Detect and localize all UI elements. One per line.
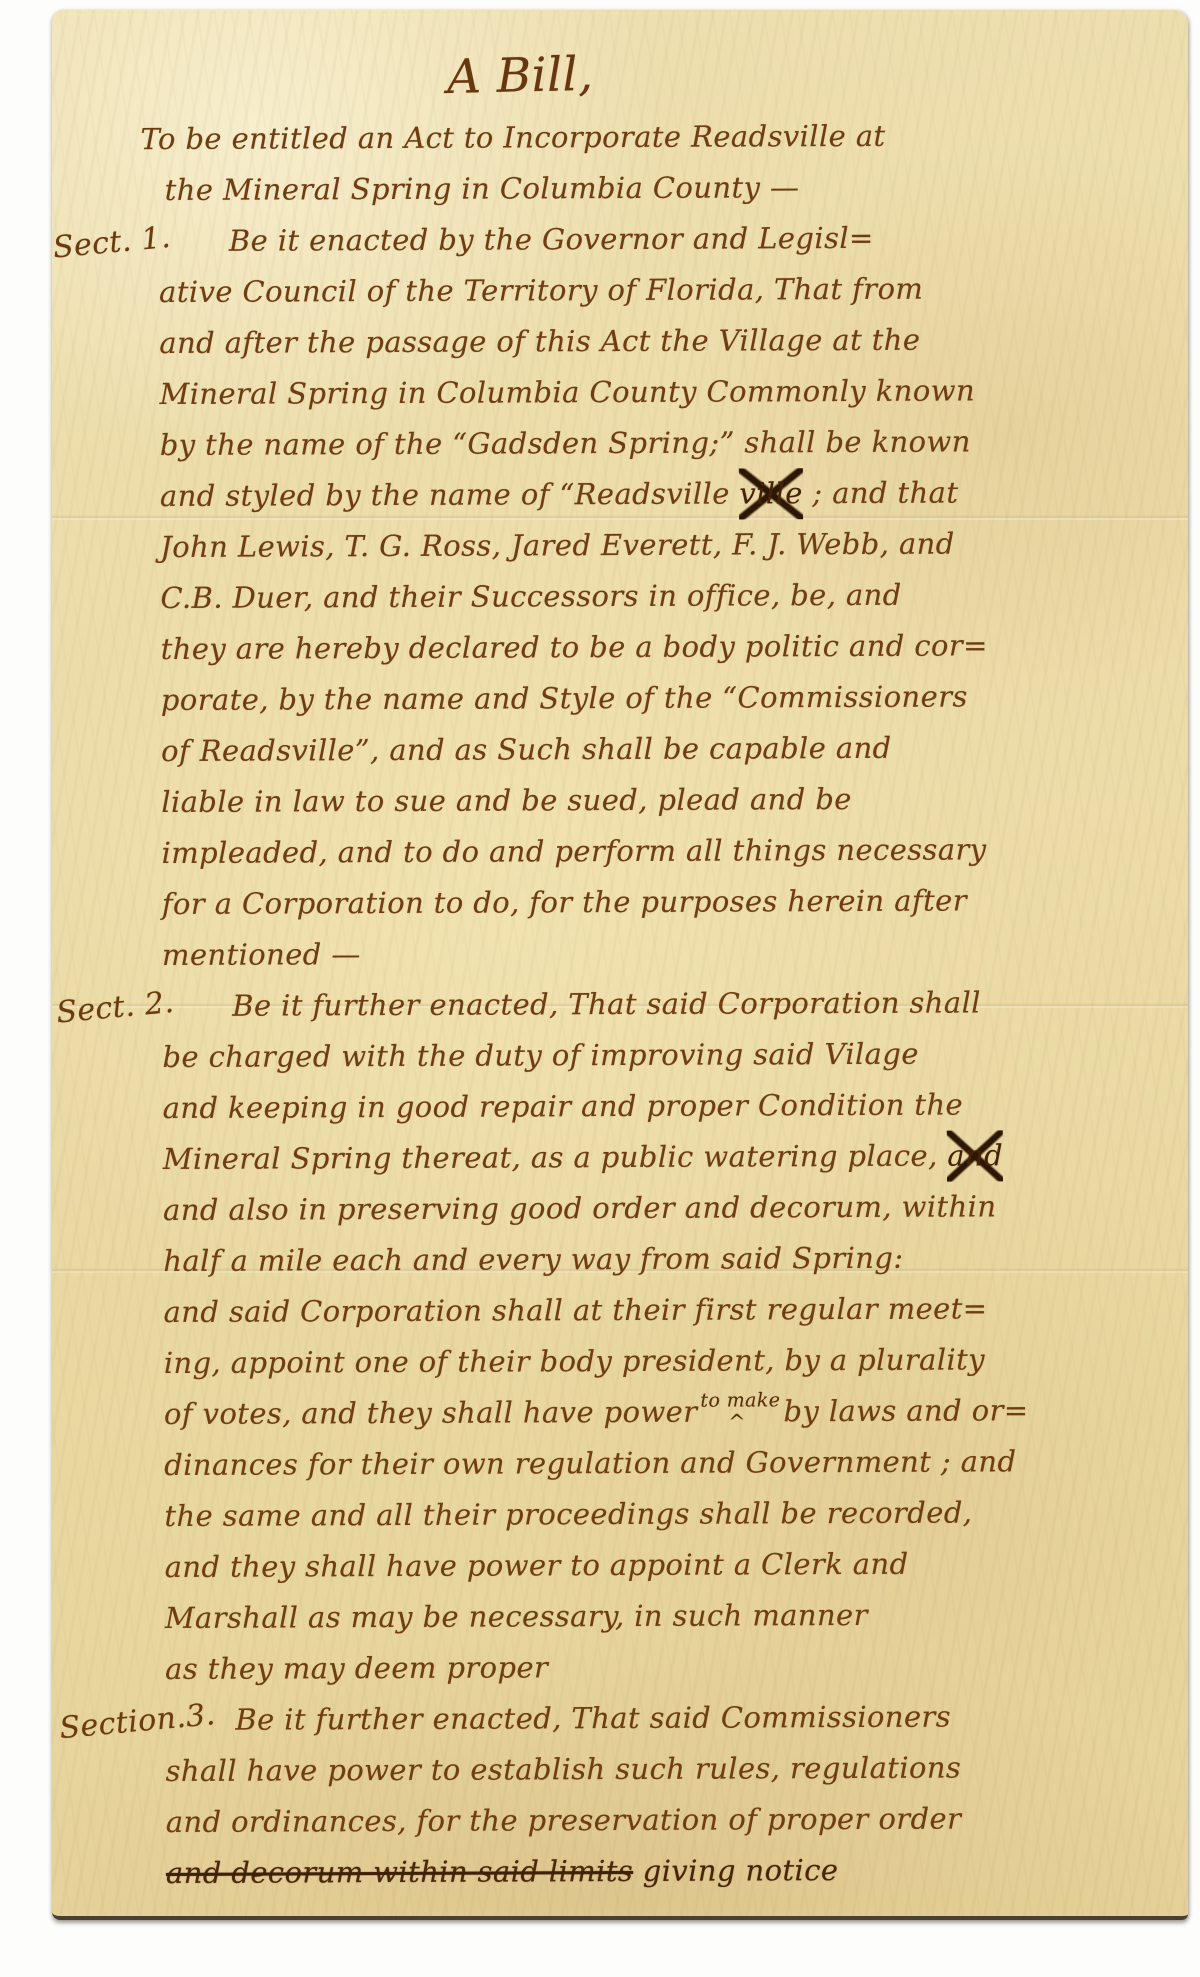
text-segment: and they shall have power to appoint a C… xyxy=(165,1547,909,1584)
text-line: of Readsville”, and as Such shall be cap… xyxy=(51,722,1187,778)
section-label: Sect. 2. xyxy=(54,977,176,1039)
text-segment: be charged with the duty of improving sa… xyxy=(162,1037,919,1074)
text-segment: the same and all their proceedings shall… xyxy=(164,1495,972,1533)
text-segment: and styled by the name of “Readsville xyxy=(160,476,740,513)
text-segment: porate, by the name and Style of the “Co… xyxy=(161,679,968,717)
text-segment: Mineral Spring thereat, as a public wate… xyxy=(163,1139,948,1176)
inserted-text: to make xyxy=(700,1391,780,1410)
text-segment: Be it further enacted, That said Commiss… xyxy=(235,1700,951,1737)
text-line: and they shall have power to appoint a C… xyxy=(55,1538,1191,1594)
text-segment: the Mineral Spring in Columbia County — xyxy=(165,170,800,207)
text-segment: by the name of the “Gadsden Spring;” sha… xyxy=(160,424,971,462)
text-line: and keeping in good repair and proper Co… xyxy=(53,1079,1189,1135)
text-line: and after the passage of this Act the Vi… xyxy=(49,314,1185,370)
text-segment: they are hereby declared to be a body po… xyxy=(161,628,988,666)
text-segment: Be it enacted by the Governor and Legisl… xyxy=(229,221,874,258)
text-line: Section.3.Be it further enacted, That sa… xyxy=(55,1691,1191,1747)
text-segment: ing, appoint one of their body president… xyxy=(164,1342,985,1380)
text-line: ative Council of the Territory of Florid… xyxy=(49,263,1185,319)
text-line: Sect. 1.Be it enacted by the Governor an… xyxy=(49,212,1185,268)
text-segment: giving notice xyxy=(633,1853,838,1888)
text-segment: by laws and or= xyxy=(783,1393,1028,1428)
manuscript-page: A Bill, To be entitled an Act to Incorpo… xyxy=(52,10,1188,1920)
text-lines: To be entitled an Act to Incorporate Rea… xyxy=(48,110,1192,1900)
text-line: impleaded, and to do and perform all thi… xyxy=(51,824,1187,880)
text-line: To be entitled an Act to Incorporate Rea… xyxy=(48,110,1184,166)
text-line: half a mile each and every way from said… xyxy=(53,1232,1189,1288)
text-line: shall have power to establish such rules… xyxy=(55,1742,1191,1798)
text-line: and ordinances, for the preservation of … xyxy=(56,1793,1192,1849)
text-segment: as they may deem proper xyxy=(165,1650,548,1686)
crossed-out-text: ville xyxy=(739,468,803,519)
text-line: dinances for their own regulation and Go… xyxy=(54,1436,1190,1492)
text-line: for a Corporation to do, for the purpose… xyxy=(52,875,1188,931)
text-line: mentioned — xyxy=(52,926,1188,982)
text-line: the same and all their proceedings shall… xyxy=(54,1487,1190,1543)
text-segment: half a mile each and every way from said… xyxy=(163,1241,903,1278)
text-line: and also in preserving good order and de… xyxy=(53,1181,1189,1237)
text-line: Marshall as may be necessary, in such ma… xyxy=(55,1589,1191,1645)
text-line: of votes, and they shall have powerto ma… xyxy=(54,1385,1190,1441)
handwritten-text: A Bill, To be entitled an Act to Incorpo… xyxy=(48,8,1192,1900)
text-line: Mineral Spring in Columbia County Common… xyxy=(49,365,1185,421)
text-segment: for a Corporation to do, for the purpose… xyxy=(162,883,967,921)
section-label: Section.3. xyxy=(57,1689,217,1754)
text-segment: impleaded, and to do and perform all thi… xyxy=(161,832,986,870)
text-segment: liable in law to sue and be sued, plead … xyxy=(161,782,852,819)
text-segment: To be entitled an Act to Incorporate Rea… xyxy=(140,119,885,156)
text-line: ing, appoint one of their body president… xyxy=(54,1334,1190,1390)
text-line: porate, by the name and Style of the “Co… xyxy=(51,671,1187,727)
text-line: they are hereby declared to be a body po… xyxy=(51,620,1187,676)
text-segment: and keeping in good repair and proper Co… xyxy=(163,1088,964,1125)
text-line: liable in law to sue and be sued, plead … xyxy=(51,773,1187,829)
section-label: Sect. 1. xyxy=(51,212,173,274)
text-segment: C.B. Duer, and their Successors in offic… xyxy=(160,578,901,615)
text-segment: Be it further enacted, That said Corpora… xyxy=(232,985,981,1022)
text-line: Mineral Spring thereat, as a public wate… xyxy=(53,1130,1189,1186)
text-segment: and said Corporation shall at their firs… xyxy=(163,1291,987,1329)
text-segment: mentioned — xyxy=(162,937,361,972)
text-line: by the name of the “Gadsden Spring;” sha… xyxy=(50,416,1186,472)
text-segment: and ordinances, for the preservation of … xyxy=(166,1802,962,1839)
text-line: and styled by the name of “Readsville vi… xyxy=(50,467,1186,523)
text-segment: Mineral Spring in Columbia County Common… xyxy=(159,373,975,411)
text-segment: and after the passage of this Act the Vi… xyxy=(159,323,920,360)
text-line: C.B. Duer, and their Successors in offic… xyxy=(50,569,1186,625)
text-line: as they may deem proper xyxy=(55,1640,1191,1696)
text-segment: shall have power to establish such rules… xyxy=(165,1751,961,1788)
text-line: be charged with the duty of improving sa… xyxy=(52,1028,1188,1084)
text-segment: of Readsville”, and as Such shall be cap… xyxy=(161,731,892,768)
text-line: Sect. 2.Be it further enacted, That said… xyxy=(52,977,1188,1033)
text-segment: ; and that xyxy=(803,476,959,511)
text-line: and said Corporation shall at their firs… xyxy=(53,1283,1189,1339)
text-segment: dinances for their own regulation and Go… xyxy=(164,1444,1016,1482)
text-segment: and also in preserving good order and de… xyxy=(163,1189,996,1227)
text-segment: ative Council of the Territory of Florid… xyxy=(159,272,923,309)
text-line: and decorum within said limits giving no… xyxy=(56,1844,1192,1900)
crossed-out-text: and decorum within said limits xyxy=(166,1854,633,1890)
text-line: the Mineral Spring in Columbia County — xyxy=(49,161,1185,217)
text-segment: of votes, and they shall have power xyxy=(164,1395,698,1431)
crossed-out-text: and xyxy=(947,1130,1003,1181)
text-line: John Lewis, T. G. Ross, Jared Everett, F… xyxy=(50,518,1186,574)
text-segment: Marshall as may be necessary, in such ma… xyxy=(165,1598,868,1635)
text-segment: John Lewis, T. G. Ross, Jared Everett, F… xyxy=(160,527,955,564)
